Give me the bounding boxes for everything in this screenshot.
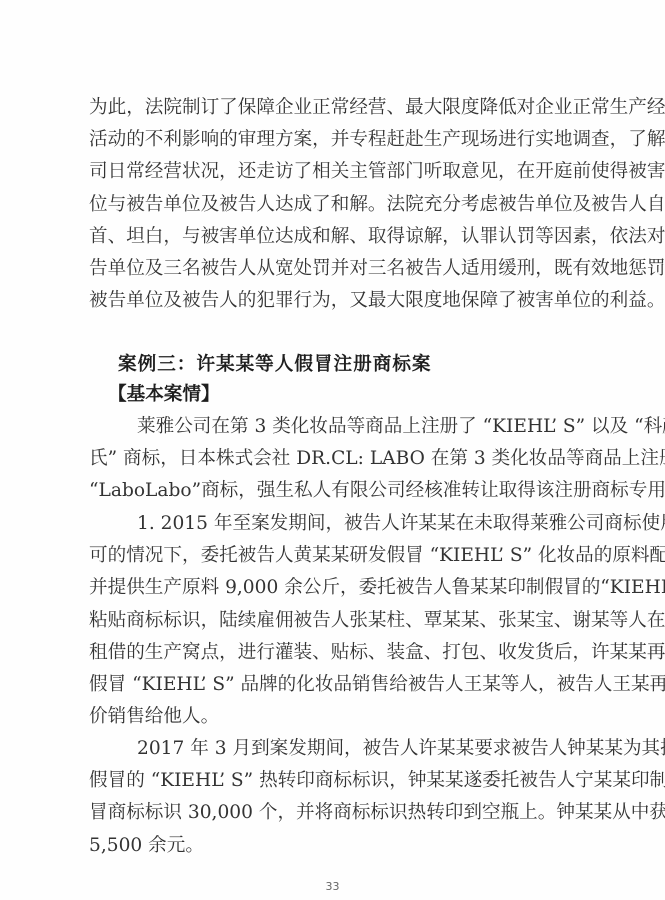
text-line: 2017 年 3 月到案发期间，被告人许某某要求被告人钟某某为其提供 xyxy=(89,733,573,765)
text-line: 告单位及三名被告人从宽处罚并对三名被告人适用缓刑，既有效地惩罚了 xyxy=(89,253,573,285)
page-number: 33 xyxy=(0,880,665,893)
text-line: 氏” 商标，日本株式会社 DR.CL: LABO 在第 3 类化妆品等商品上注册… xyxy=(89,443,573,475)
text-line: 假冒 “KIEHL’ S” 品牌的化妆品销售给被告人王某等人，被告人王某再加 xyxy=(89,669,573,701)
text-line: 租借的生产窝点，进行灌装、贴标、装盒、打包、收发货后，许某某再将 xyxy=(89,637,573,669)
paragraph-case-facts-2: 2017 年 3 月到案发期间，被告人许某某要求被告人钟某某为其提供 假冒的 “… xyxy=(89,733,573,862)
section-heading: 【基本案情】 xyxy=(108,381,220,409)
text-line: 可的情况下，委托被告人黄某某研发假冒 “KIEHL’ S” 化妆品的原料配方 xyxy=(89,540,573,572)
case-heading: 案例三：许某某等人假冒注册商标案 xyxy=(118,351,432,379)
text-line: 首、坦白，与被害单位达成和解、取得谅解，认罪认罚等因素，依法对被 xyxy=(89,221,573,253)
text-line: 为此，法院制订了保障企业正常经营、最大限度降低对企业正常生产经营 xyxy=(89,92,573,124)
paragraph-case-facts-1: 1. 2015 年至案发期间，被告人许某某在未取得莱雅公司商标使用许 可的情况下… xyxy=(89,508,573,733)
text-line: 1. 2015 年至案发期间，被告人许某某在未取得莱雅公司商标使用许 xyxy=(89,508,573,540)
text-line: 活动的不利影响的审理方案，并专程赶赴生产现场进行实地调查，了解公 xyxy=(89,124,573,156)
paragraph-trademark-registration: 莱雅公司在第 3 类化妆品等商品上注册了 “KIEHL’ S” 以及 “科颜 氏… xyxy=(89,411,573,508)
text-line: 莱雅公司在第 3 类化妆品等商品上注册了 “KIEHL’ S” 以及 “科颜 xyxy=(89,411,573,443)
text-line: 位与被告单位及被告人达成了和解。法院充分考虑被告单位及被告人自 xyxy=(89,189,573,221)
text-line: 假冒的 “KIEHL’ S” 热转印商标标识，钟某某遂委托被告人宁某某印制假 xyxy=(89,765,573,797)
document-page: 为此，法院制订了保障企业正常经营、最大限度降低对企业正常生产经营 活动的不利影响… xyxy=(0,0,665,900)
text-line: 粘贴商标标识，陆续雇佣被告人张某柱、覃某某、张某宝、谢某等人在其 xyxy=(89,605,573,637)
text-line: 司日常经营状况，还走访了相关主管部门听取意见，在开庭前使得被害单 xyxy=(89,156,573,188)
text-line: 被告单位及被告人的犯罪行为，又最大限度地保障了被害单位的利益。 xyxy=(89,285,573,317)
text-line: 并提供生产原料 9,000 余公斤，委托被告人鲁某某印制假冒的“KIEHL’ S… xyxy=(89,572,573,604)
text-line: “LaboLabo”商标，强生私人有限公司经核准转让取得该注册商标专用权。 xyxy=(89,475,573,507)
text-line: 价销售给他人。 xyxy=(89,701,573,733)
paragraph-court-measures: 为此，法院制订了保障企业正常经营、最大限度降低对企业正常生产经营 活动的不利影响… xyxy=(89,92,573,317)
text-line: 5,500 余元。 xyxy=(89,830,573,862)
text-line: 冒商标标识 30,000 个，并将商标标识热转印到空瓶上。钟某某从中获利 xyxy=(89,797,573,829)
